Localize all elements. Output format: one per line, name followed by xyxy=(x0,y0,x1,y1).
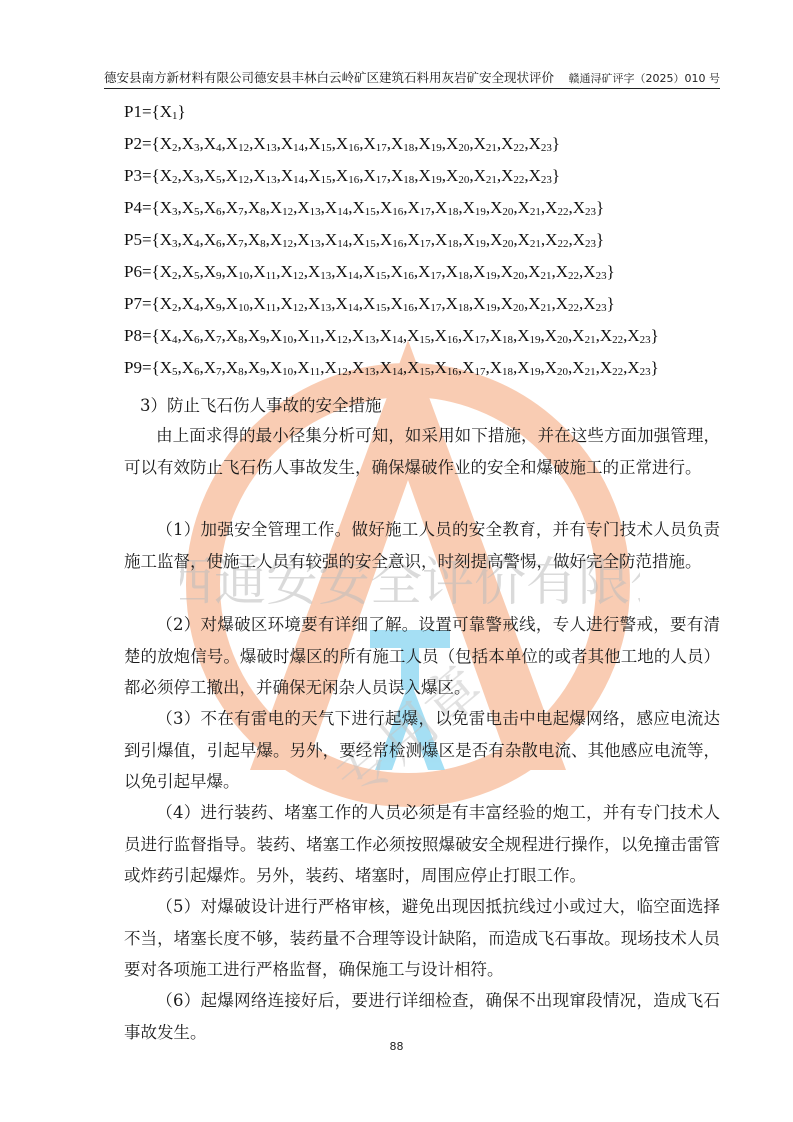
path-set-p4: P4={X3,X5,X6,X7,X8,X12,X13,X14,X15,X16,X… xyxy=(124,198,604,218)
path-set-p7: P7={X2,X4,X9,X10,X11,X12,X13,X14,X15,X16… xyxy=(124,294,615,314)
path-set-p1: P1={X1} xyxy=(124,102,186,122)
intro-paragraph: 由上面求得的最小径集分析可知，如采用如下措施，并在这些方面加强管理，可以有效防止… xyxy=(124,420,720,483)
path-set-p5: P5={X3,X4,X6,X7,X8,X12,X13,X14,X15,X16,X… xyxy=(124,230,604,250)
measure-6: （6）起爆网络连接好后，要进行详细检查，确保不出现窜段情况，造成飞石事故发生。 xyxy=(124,985,720,1048)
path-set-p6: P6={X2,X5,X9,X10,X11,X12,X13,X14,X15,X16… xyxy=(124,262,615,282)
measure-4: （4）进行装药、堵塞工作的人员必须是有丰富经验的炮工，并有专门技术人员进行监督指… xyxy=(124,797,720,892)
measure-2: （2）对爆破区环境要有详细了解。设置可靠警戒线，专人进行警戒，要有清楚的放炮信号… xyxy=(124,609,720,704)
measure-1: （1）加强安全管理工作。做好施工人员的安全教育，并有专门技术人员负责施工监督，使… xyxy=(124,514,720,577)
path-set-p8: P8={X4,X6,X7,X8,X9,X10,X11,X12,X13,X14,X… xyxy=(124,326,659,346)
measure-5: （5）对爆破设计进行严格审核，避免出现因抵抗线过小或过大，临空面选择不当，堵塞长… xyxy=(124,891,720,986)
section-heading: 3）防止飞石伤人事故的安全措施 xyxy=(140,392,382,416)
path-set-p2: P2={X2,X3,X4,X12,X13,X14,X15,X16,X17,X18… xyxy=(124,134,560,154)
path-set-p9: P9={X5,X6,X7,X8,X9,X10,X11,X12,X13,X14,X… xyxy=(124,358,659,378)
page-body: P1={X1}P2={X2,X3,X4,X12,X13,X14,X15,X16,… xyxy=(0,0,793,1122)
measure-3: （3）不在有雷电的天气下进行起爆，以免雷电击中电起爆网络，感应电流达到引爆值，引… xyxy=(124,703,720,798)
path-set-p3: P3={X2,X3,X5,X12,X13,X14,X15,X16,X17,X18… xyxy=(124,166,560,186)
